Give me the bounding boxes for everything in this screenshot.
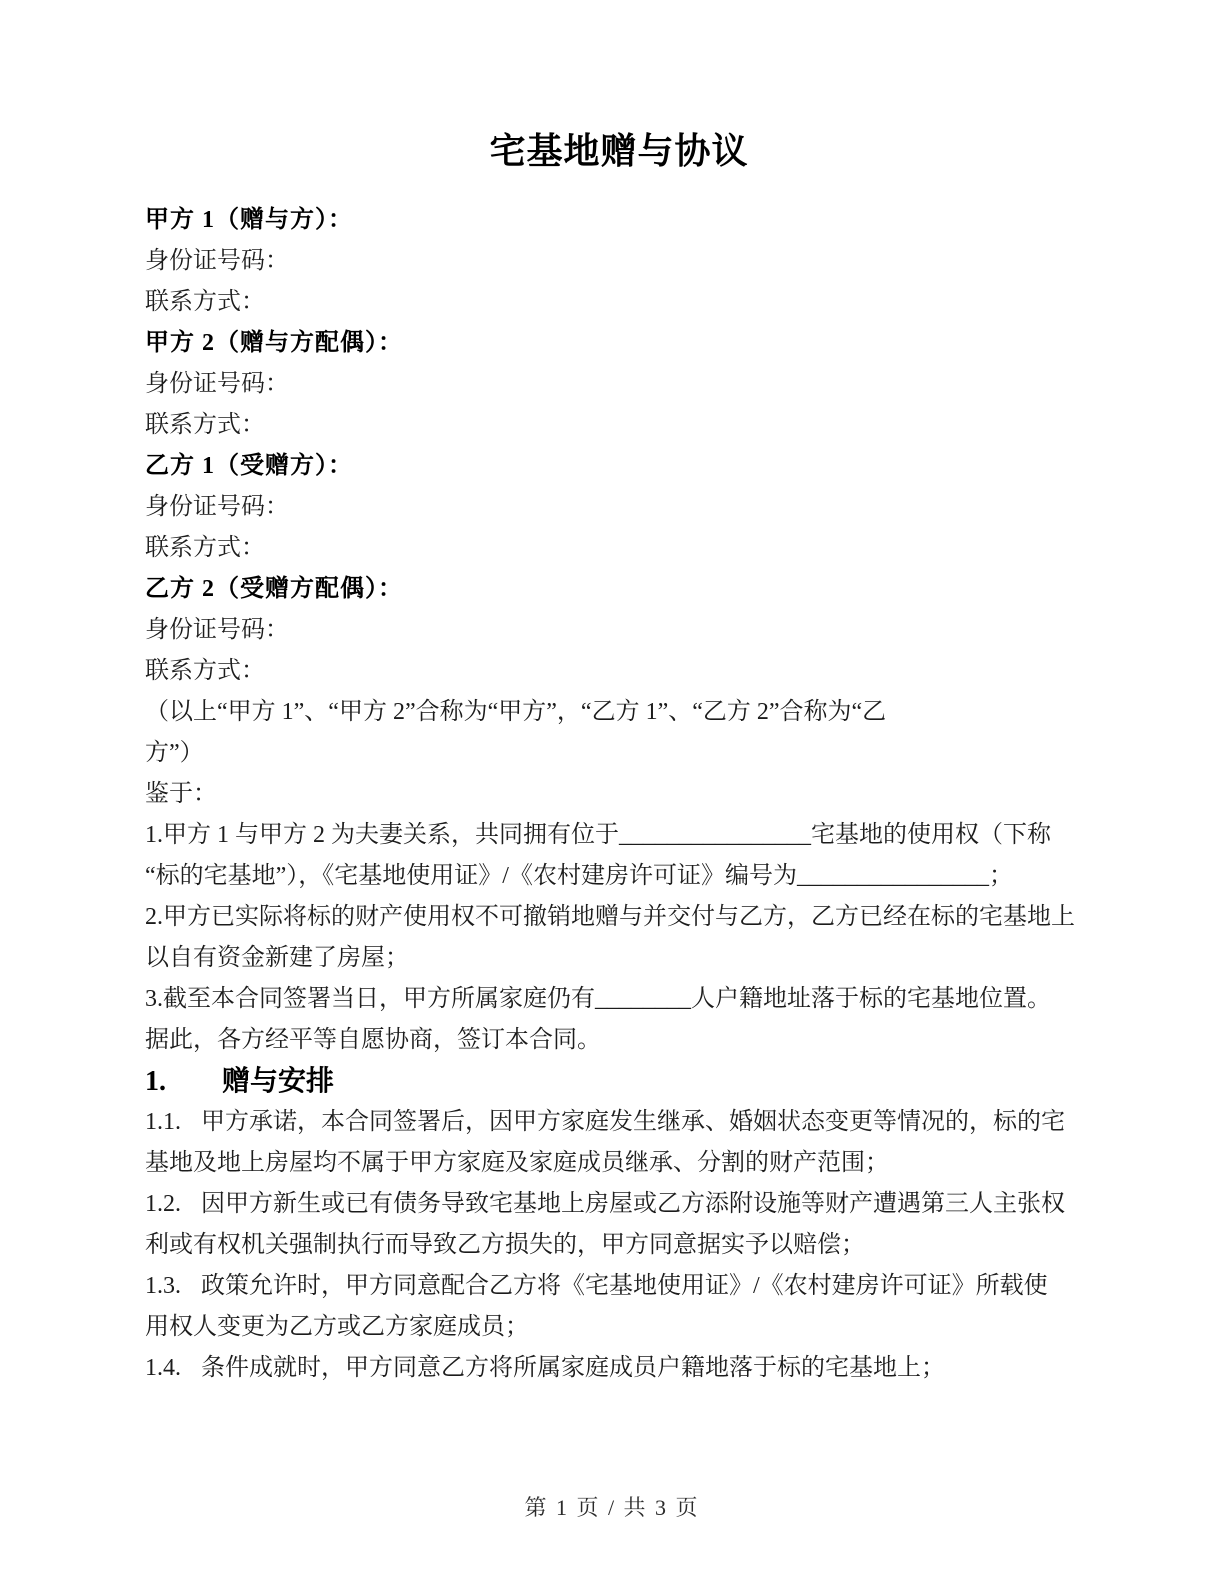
party-b1-label: 乙方 1（受赠方）： [145, 446, 1093, 487]
party-a1-id-line: 身份证号码： [145, 241, 1093, 282]
recital-line: 2.甲方已实际将标的财产使用权不可撤销地赠与并交付与乙方，乙方已经在标的宅基地上 [145, 897, 1093, 938]
party-b2-label: 乙方 2（受赠方配偶）： [145, 569, 1093, 610]
section-1-heading: 1.赠与安排 [145, 1061, 1093, 1102]
party-a2-label: 甲方 2（赠与方配偶）： [145, 323, 1093, 364]
alias-note-line: （以上“甲方 1”、“甲方 2”合称为“甲方”，“乙方 1”、“乙方 2”合称为… [145, 692, 1093, 733]
document-page: 宅基地赠与协议 甲方 1（赠与方）： 身份证号码： 联系方式： 甲方 2（赠与方… [0, 0, 1224, 1584]
document-title: 宅基地赠与协议 [145, 128, 1093, 174]
clause-number: 1.2. [145, 1184, 181, 1225]
party-a2-contact-line: 联系方式： [145, 405, 1093, 446]
page-footer: 第 1 页 / 共 3 页 [0, 1491, 1224, 1522]
clause-text: 基地及地上房屋均不属于甲方家庭及家庭成员继承、分割的财产范围； [145, 1150, 889, 1176]
party-a1-label: 甲方 1（赠与方）： [145, 200, 1093, 241]
recital-line: 3.截至本合同签署当日，甲方所属家庭仍有________人户籍地址落于标的宅基地… [145, 979, 1093, 1020]
recital-line: 据此，各方经平等自愿协商，签订本合同。 [145, 1020, 1093, 1061]
section-1-number: 1. [145, 1061, 222, 1102]
clause-text: 甲方承诺，本合同签署后，因甲方家庭发生继承、婚姻状态变更等情况的，标的宅 [201, 1109, 1065, 1135]
recital-line: 1.甲方 1 与甲方 2 为夫妻关系，共同拥有位于_______________… [145, 815, 1093, 856]
party-b2-id-line: 身份证号码： [145, 610, 1093, 651]
clause-number: 1.1. [145, 1102, 181, 1143]
clause-text: 条件成就时，甲方同意乙方将所属家庭成员户籍地落于标的宅基地上； [201, 1355, 945, 1381]
section-1-title: 赠与安排 [222, 1066, 334, 1097]
document-body: 宅基地赠与协议 甲方 1（赠与方）： 身份证号码： 联系方式： 甲方 2（赠与方… [145, 128, 1093, 1389]
clause-line: 1.4.条件成就时，甲方同意乙方将所属家庭成员户籍地落于标的宅基地上； [145, 1348, 1093, 1389]
clause-line: 1.2.因甲方新生或已有债务导致宅基地上房屋或乙方添附设施等财产遭遇第三人主张权 [145, 1184, 1093, 1225]
party-b1-contact-line: 联系方式： [145, 528, 1093, 569]
recital-line: 以自有资金新建了房屋； [145, 938, 1093, 979]
clause-text: 政策允许时，甲方同意配合乙方将《宅基地使用证》/《农村建房许可证》所载使 [201, 1273, 1048, 1299]
clause-number: 1.4. [145, 1348, 181, 1389]
clause-line: 1.3.政策允许时，甲方同意配合乙方将《宅基地使用证》/《农村建房许可证》所载使 [145, 1266, 1093, 1307]
whereas-label: 鉴于： [145, 774, 1093, 815]
party-a2-id-line: 身份证号码： [145, 364, 1093, 405]
clause-line: 用权人变更为乙方或乙方家庭成员； [145, 1307, 1093, 1348]
party-b2-contact-line: 联系方式： [145, 651, 1093, 692]
clause-number: 1.3. [145, 1266, 181, 1307]
clause-text: 用权人变更为乙方或乙方家庭成员； [145, 1314, 529, 1340]
clause-line: 1.1.甲方承诺，本合同签署后，因甲方家庭发生继承、婚姻状态变更等情况的，标的宅 [145, 1102, 1093, 1143]
alias-note-line: 方”） [145, 733, 1093, 774]
party-b1-id-line: 身份证号码： [145, 487, 1093, 528]
clause-line: 基地及地上房屋均不属于甲方家庭及家庭成员继承、分割的财产范围； [145, 1143, 1093, 1184]
clause-line: 利或有权机关强制执行而导致乙方损失的，甲方同意据实予以赔偿； [145, 1225, 1093, 1266]
party-a1-contact-line: 联系方式： [145, 282, 1093, 323]
clause-text: 因甲方新生或已有债务导致宅基地上房屋或乙方添附设施等财产遭遇第三人主张权 [201, 1191, 1065, 1217]
recital-line: “标的宅基地”），《宅基地使用证》/《农村建房许可证》编号为__________… [145, 856, 1093, 897]
page-number-indicator: 第 1 页 / 共 3 页 [524, 1495, 699, 1520]
clause-text: 利或有权机关强制执行而导致乙方损失的，甲方同意据实予以赔偿； [145, 1232, 865, 1258]
